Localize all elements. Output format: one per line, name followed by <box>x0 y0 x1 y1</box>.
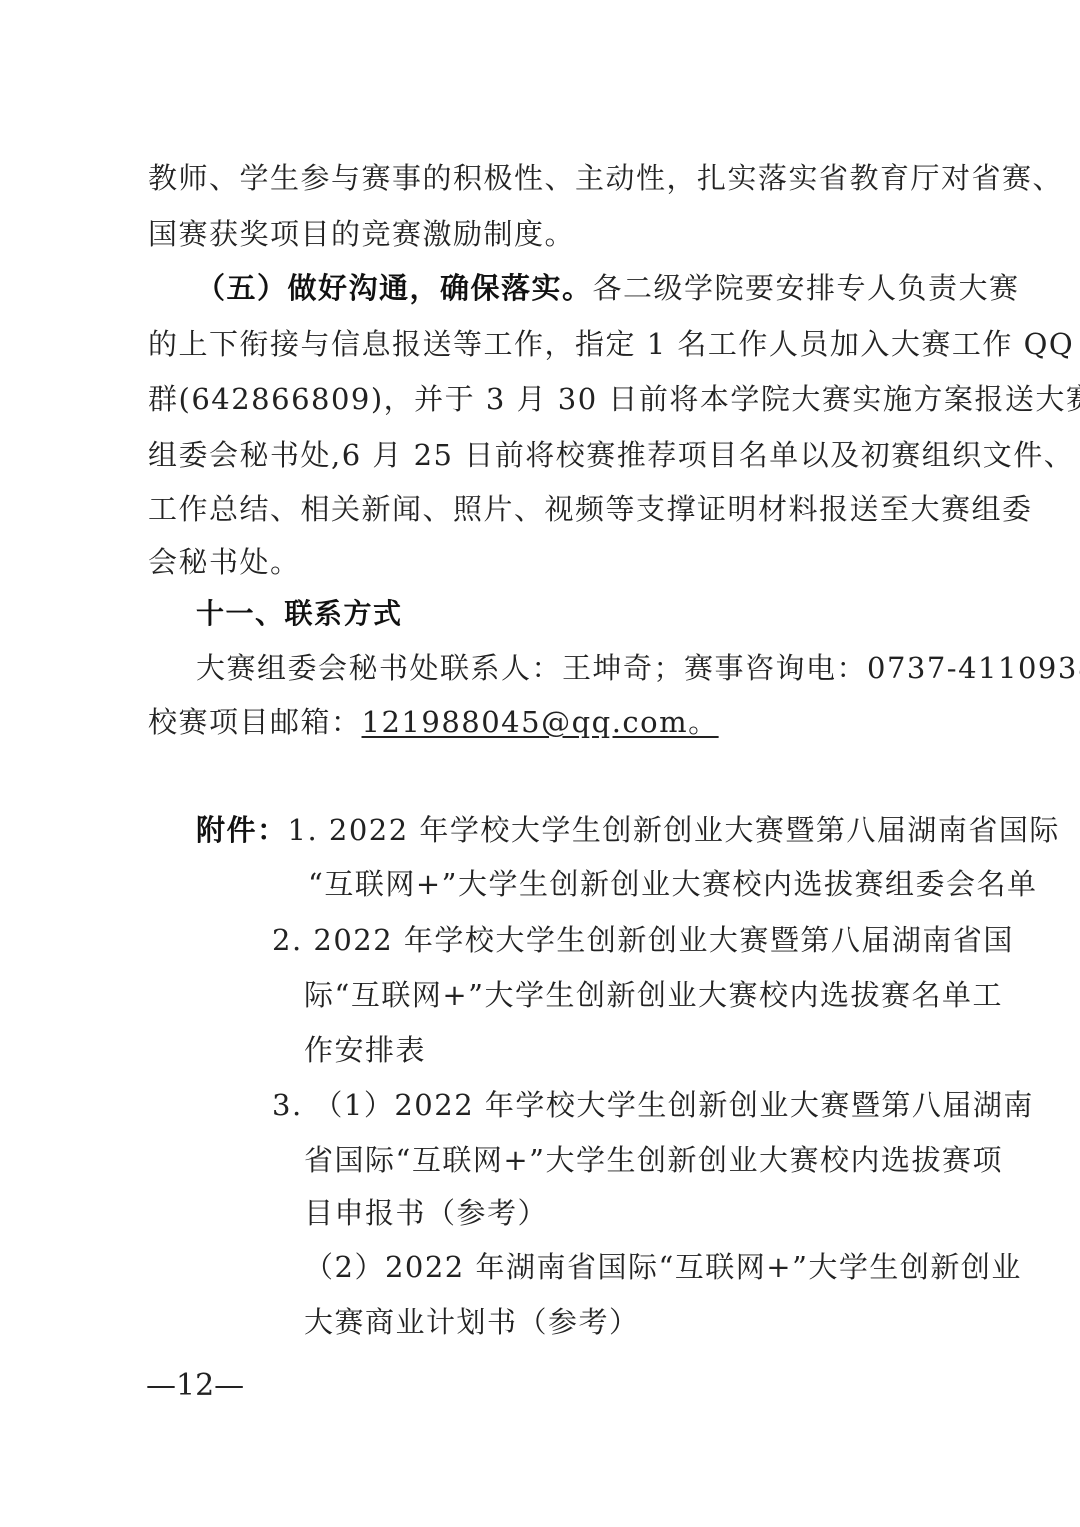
attachment-text: 目申报书（参考） <box>304 1195 548 1231</box>
contact-email-line: 校赛项目邮箱：121988045@qq.com。 <box>148 704 719 740</box>
attachment-text: 际“互联网+”大学生创新创业大赛校内选拔赛名单工 <box>304 977 1003 1013</box>
paragraph-line: 群(642866809)，并于 3 月 30 日前将本学院大赛实施方案报送大赛 <box>148 381 1080 417</box>
paragraph-line: 组委会秘书处,6 月 25 日前将校赛推荐项目名单以及初赛组织文件、 <box>148 437 1074 473</box>
attachment-item-3: 3. （1）2022 年学校大学生创新创业大赛暨第八届湖南 <box>272 1087 1034 1123</box>
section-heading-contact: 十一、联系方式 <box>196 596 403 632</box>
section-five-title: （五）做好沟通，确保落实。 <box>196 271 593 305</box>
paragraph-line: 教师、学生参与赛事的积极性、主动性，扎实落实省教育厅对省赛、 <box>148 160 1063 196</box>
paragraph-line: 工作总结、相关新闻、照片、视频等支撑证明材料报送至大赛组委 <box>148 491 1033 527</box>
paragraph-line: 会秘书处。 <box>148 544 301 580</box>
attachments-label: 附件： <box>196 813 288 847</box>
page-number: —12— <box>146 1368 244 1403</box>
attachment-item-2: 2. 2022 年学校大学生创新创业大赛暨第八届湖南省国 <box>272 922 1014 958</box>
paragraph-line: 国赛获奖项目的竞赛激励制度。 <box>148 216 575 252</box>
attachment-text: 1. 2022 年学校大学生创新创业大赛暨第八届湖南省国际 <box>288 813 1060 847</box>
attachment-text: 作安排表 <box>304 1032 426 1068</box>
email-label: 校赛项目邮箱： <box>148 705 362 739</box>
paragraph-line: 的上下衔接与信息报送等工作，指定 1 名工作人员加入大赛工作 QQ <box>148 326 1074 362</box>
attachment-item-3-2: （2）2022 年湖南省国际“互联网+”大学生创新创业 <box>304 1249 1022 1285</box>
email-link[interactable]: 121988045@qq.com。 <box>362 705 719 739</box>
paragraph-text: 各二级学院要安排专人负责大赛 <box>593 271 1020 305</box>
contact-person-line: 大赛组委会秘书处联系人：王坤奇；赛事咨询电：0737-4110938； <box>196 650 1080 686</box>
attachment-item-1: 附件：1. 2022 年学校大学生创新创业大赛暨第八届湖南省国际 <box>196 812 1060 848</box>
attachment-text: “互联网+”大学生创新创业大赛校内选拔赛组委会名单 <box>308 866 1037 902</box>
attachment-text: 大赛商业计划书（参考） <box>304 1304 640 1340</box>
attachment-text: 省国际“互联网+”大学生创新创业大赛校内选拔赛项 <box>304 1142 1003 1178</box>
section-five-first-line: （五）做好沟通，确保落实。各二级学院要安排专人负责大赛 <box>196 270 1020 306</box>
